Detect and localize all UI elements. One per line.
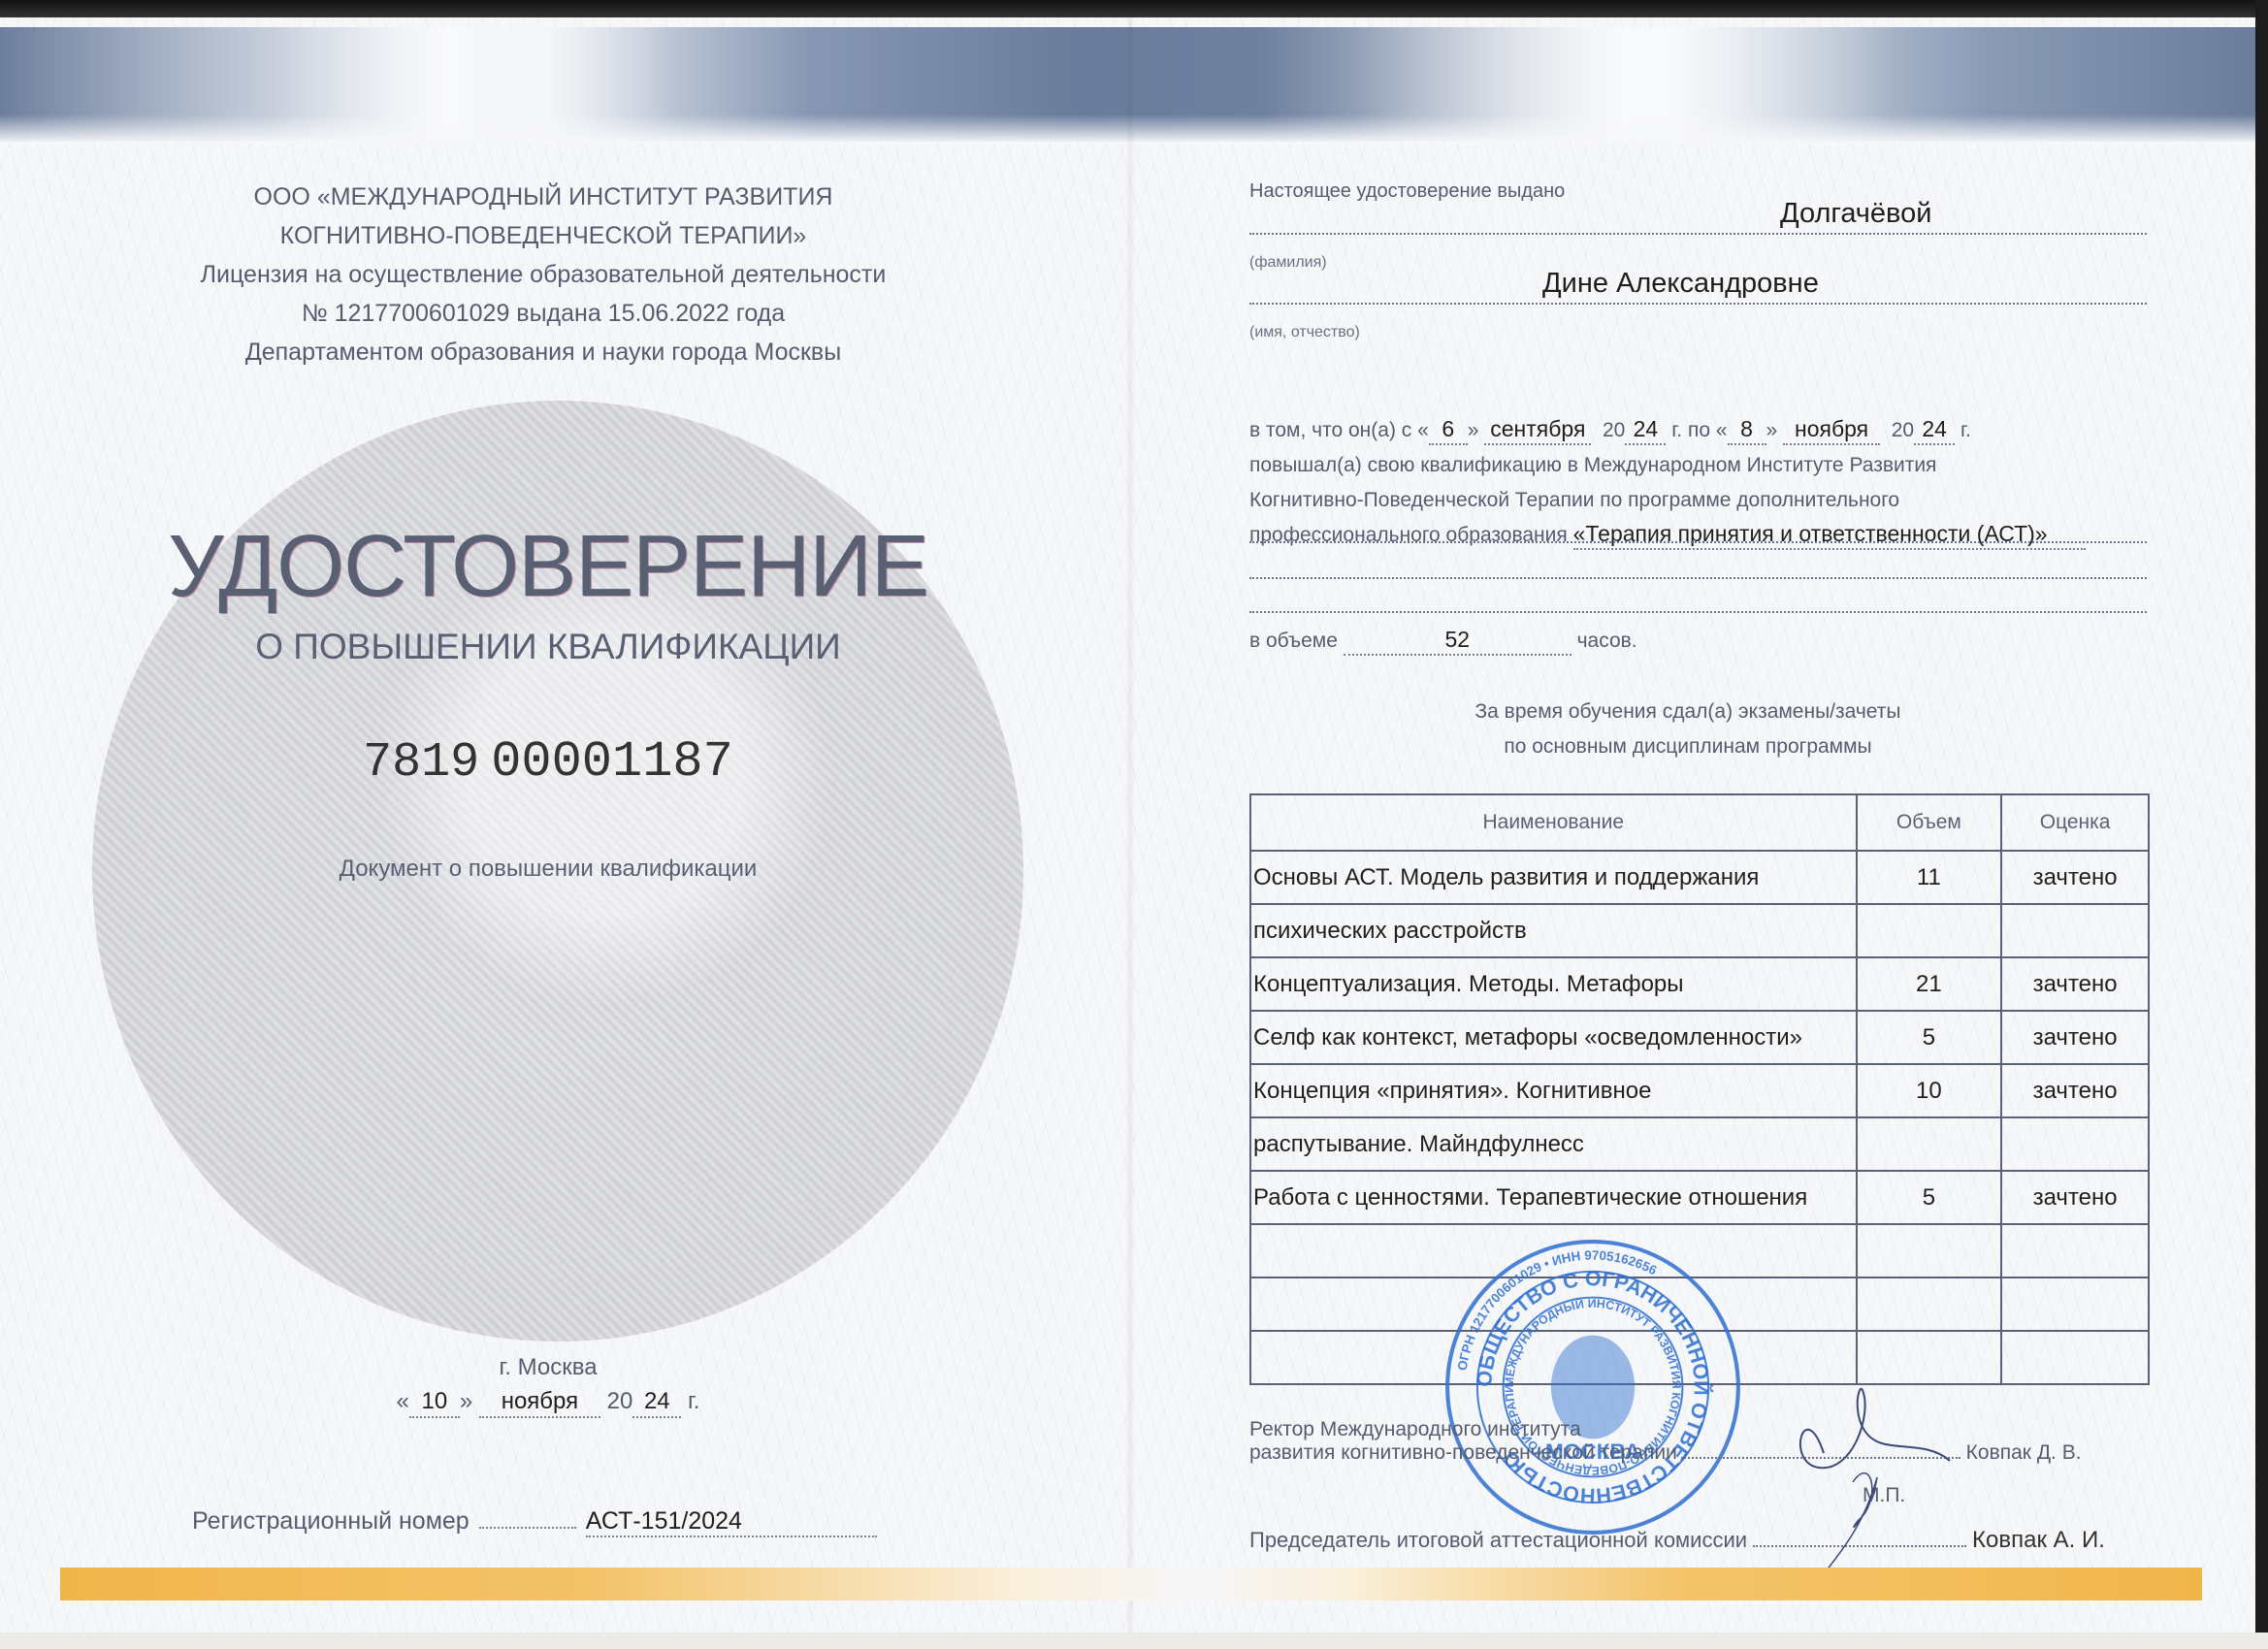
body-line: Когнитивно-Поведенческой Терапии по прог… — [1249, 483, 2161, 518]
rector-title-line: развития когнитивно-поведенческой терапи… — [1249, 1441, 1677, 1464]
surname-caption: (фамилия) — [1249, 254, 1327, 272]
table-row: Работа с ценностями. Терапевтические отн… — [1250, 1171, 2149, 1224]
volume-line: в объеме 52 часов. — [1249, 625, 1637, 656]
serial-series: 7819 — [363, 735, 479, 791]
discipline-grade: зачтено — [2001, 1171, 2149, 1224]
training-period: в том, что он(а) с «6» сентября 2024 г. … — [1249, 413, 2161, 448]
discipline-grade: зачтено — [2001, 851, 2149, 904]
discipline-name: психических расстройств — [1250, 904, 1857, 957]
discipline-grade: зачтено — [2001, 957, 2149, 1011]
program-name: «Терапия принятия и ответственности (АСТ… — [1573, 519, 2086, 550]
serial-number: 781900001187 — [146, 733, 951, 791]
quote: » — [1468, 419, 1479, 441]
quote: » — [460, 1388, 472, 1414]
discipline-volume — [1857, 1224, 2002, 1277]
exams-note: За время обучения сдал(а) экзамены/зачет… — [1377, 695, 1998, 764]
registration-label: Регистрационный номер — [192, 1507, 470, 1535]
chair-line: Председатель итоговой аттестационной ком… — [1249, 1527, 2105, 1554]
decorative-gold-bar — [60, 1568, 2202, 1600]
discipline-volume — [1857, 1117, 2002, 1171]
discipline-name: Концепция «принятия». Когнитивное — [1250, 1064, 1857, 1117]
volume-hours: 52 — [1344, 625, 1571, 656]
discipline-grade: зачтено — [2001, 1011, 2149, 1064]
discipline-name: Концептуализация. Методы. Метафоры — [1250, 957, 1857, 1011]
start-year: 24 — [1625, 414, 1666, 445]
discipline-volume: 5 — [1857, 1171, 2002, 1224]
given-names-caption: (имя, отчество) — [1249, 324, 1360, 341]
chair-title: Председатель итоговой аттестационной ком… — [1249, 1528, 1747, 1552]
license-line: Лицензия на осуществление образовательно… — [126, 255, 960, 294]
volume-unit: часов. — [1577, 630, 1637, 652]
discipline-name: Основы АСТ. Модель развития и поддержани… — [1250, 851, 1857, 904]
table-header-row: Наименование Объем Оценка — [1250, 794, 2149, 851]
document-note: Документ о повышении квалификации — [146, 856, 951, 883]
handwritten-signature-icon — [1766, 1375, 1960, 1579]
table-row: Селф как контекст, метафоры «осведомленн… — [1250, 1011, 2149, 1064]
discipline-grade — [2001, 1224, 2149, 1277]
license-number-line: № 1217700601029 выдана 15.06.2022 года — [126, 294, 960, 333]
year-prefix: 20 — [607, 1388, 633, 1414]
discipline-grade — [2001, 1117, 2149, 1171]
discipline-volume: 10 — [1857, 1064, 2002, 1117]
discipline-volume: 5 — [1857, 1011, 2002, 1064]
official-stamp-icon: ОГРН 1217700601029 • ИНН 9705162656 ОБЩЕ… — [1443, 1238, 1742, 1536]
table-row: психических расстройств — [1250, 904, 2149, 957]
end-month: ноября — [1783, 414, 1880, 445]
recipient-given-names: Дине Александровне — [1542, 268, 1819, 300]
table-row: Концептуализация. Методы. Метафоры21зачт… — [1250, 957, 2149, 1011]
registration-value: АСТ-151/2024 — [586, 1506, 877, 1537]
scan-edge-right — [2255, 0, 2268, 1649]
discipline-volume: 11 — [1857, 851, 2002, 904]
license-issuer-line: Департаментом образования и науки города… — [126, 333, 960, 372]
issued-to-label: Настоящее удостоверение выдано — [1249, 180, 1565, 203]
recipient-surname: Долгачёвой — [1780, 198, 1931, 230]
blank-line — [1249, 611, 2147, 613]
year-prefix: 20 — [1892, 419, 1914, 441]
exams-note-line: по основным дисциплинам программы — [1377, 729, 1998, 764]
discipline-volume — [1857, 1277, 2002, 1331]
issue-city: г. Москва — [146, 1354, 951, 1381]
document-title: УДОСТОВЕРЕНИЕ — [146, 517, 951, 617]
discipline-grade: зачтено — [2001, 1064, 2149, 1117]
given-names-line — [1249, 303, 2147, 305]
discipline-volume — [1857, 904, 2002, 957]
quote: « — [397, 1388, 409, 1414]
blank-line — [1249, 541, 2147, 543]
year-suffix: г. — [688, 1388, 700, 1414]
issue-date: «10» ноября 2024 г. — [146, 1387, 951, 1418]
quote: » — [1766, 419, 1778, 441]
dotted-leader — [479, 1527, 576, 1529]
year-suffix: г. — [1960, 419, 1971, 441]
year-prefix: 20 — [1603, 419, 1625, 441]
registration-number: Регистрационный номерАСТ-151/2024 — [192, 1506, 877, 1537]
discipline-name: Селф как контекст, метафоры «осведомленн… — [1250, 1011, 1857, 1064]
discipline-volume: 21 — [1857, 957, 2002, 1011]
end-day: 8 — [1728, 414, 1766, 445]
table-row: Концепция «принятия». Когнитивное10зачте… — [1250, 1064, 2149, 1117]
volume-label: в объеме — [1249, 630, 1338, 652]
body-line: повышал(а) свою квалификацию в Междунаро… — [1249, 448, 2161, 483]
training-statement: в том, что он(а) с «6» сентября 2024 г. … — [1249, 413, 2161, 553]
issuer-header: ООО «МЕЖДУНАРОДНЫЙ ИНСТИТУТ РАЗВИТИЯ КОГ… — [126, 178, 960, 372]
column-header-grade: Оценка — [2001, 794, 2149, 851]
discipline-name: распутывание. Майндфулнесс — [1250, 1117, 1857, 1171]
certificate-spread: ООО «МЕЖДУНАРОДНЫЙ ИНСТИТУТ РАЗВИТИЯ КОГ… — [0, 17, 2255, 1633]
table-row: распутывание. Майндфулнесс — [1250, 1117, 2149, 1171]
table-row: Основы АСТ. Модель развития и поддержани… — [1250, 851, 2149, 904]
surname-line — [1249, 233, 2147, 235]
discipline-grade — [2001, 904, 2149, 957]
column-header-name: Наименование — [1250, 794, 1857, 851]
chair-name: Ковпак А. И. — [1972, 1527, 2105, 1553]
blank-line — [1249, 577, 2147, 579]
period-mid: г. по « — [1671, 419, 1727, 441]
column-header-volume: Объем — [1857, 794, 2002, 851]
serial-digits: 00001187 — [491, 733, 733, 791]
discipline-name: Работа с ценностями. Терапевтические отн… — [1250, 1171, 1857, 1224]
issue-year: 24 — [632, 1387, 681, 1418]
page-fold — [1125, 17, 1135, 1633]
issue-month: ноября — [479, 1387, 600, 1418]
issue-day: 10 — [409, 1387, 460, 1418]
program-line: профессионального образования «Терапия п… — [1249, 518, 2161, 553]
end-year: 24 — [1914, 414, 1955, 445]
start-month: сентября — [1484, 414, 1591, 445]
period-prefix: в том, что он(а) с « — [1249, 419, 1429, 441]
document-subtitle: О ПОВЫШЕНИИ КВАЛИФИКАЦИИ — [146, 627, 951, 667]
start-day: 6 — [1429, 414, 1468, 445]
scan-edge-bottom — [0, 1633, 2268, 1649]
exams-note-line: За время обучения сдал(а) экзамены/зачет… — [1377, 695, 1998, 729]
discipline-grade — [2001, 1277, 2149, 1331]
issuer-line: ООО «МЕЖДУНАРОДНЫЙ ИНСТИТУТ РАЗВИТИЯ — [126, 178, 960, 216]
issuer-line: КОГНИТИВНО-ПОВЕДЕНЧЕСКОЙ ТЕРАПИИ» — [126, 216, 960, 255]
discipline-grade — [2001, 1331, 2149, 1384]
rector-name: Ковпак Д. В. — [1966, 1441, 2082, 1464]
